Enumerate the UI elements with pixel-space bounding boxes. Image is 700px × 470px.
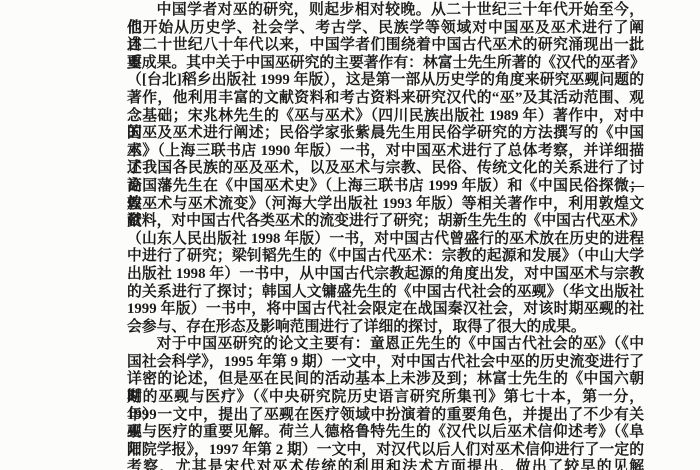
text-line-p1-17: 的关系进行了探讨；韩国人文镛盛先生的《中国古代社会的巫觋》（华文出版社: [127, 284, 644, 302]
text-line-p1-10: 了我国各民族的巫及巫术，以及巫术与宗教、民俗、传统文化的关系进行了讨论；: [127, 160, 644, 178]
text-line-p1-9: 术》（上海三联书店 1990 年版）一书，对中国巫术进行了总体考察，并详细描述: [127, 143, 644, 161]
text-line-p1-1: 中国学者对巫的研究，则起步相对较晚。从二十世纪三十年代开始至今，他: [127, 2, 644, 20]
text-line-p2-8: 考察，尤其是宋代对巫术传统的利用和法术方面提出，做出了较早的见解: [127, 459, 644, 470]
text-line-p2-5: 年）一文中，提出了巫觋在医疗领域中扮演着的重要角色，并提出了不少有关巫: [127, 407, 644, 425]
text-line-p2-6: 觋与医疗的重要见解。荷兰人德格鲁特先生的《汉代以后巫术信仰述考》（《阜阳: [127, 424, 644, 442]
text-line-p1-13: 资料，对中国古代各类巫术的流变进行了研究；胡新生先生的《中国古代巫术》: [127, 213, 644, 231]
text-line-p1-3: 自二十世纪八十年代以来，中国学者们围绕着中国古代巫术的研究涌现出一批重: [127, 37, 644, 55]
text-line-p1-5: （[台北]稻乡出版社 1999 年版），这是第一部从历史学的角度来研究巫觋问题的: [127, 72, 644, 90]
text-line-p1-15: 中进行了研究；梁钊韬先生的《中国古代巫术：宗教的起源和发展》（中山大学: [127, 248, 644, 266]
text-line-p1-14: （山东人民出版社 1998 年版）一书，对中国古代曾盛行的巫术放在历史的进程: [127, 231, 644, 249]
text-line-p2-4: 期的巫觋与医疗》（《中央研究院历史语言研究所集刊》第七十本，第一分，1999: [127, 389, 644, 407]
scanned-document-page: 中国学者对巫的研究，则起步相对较晚。从二十世纪三十年代开始至今，他们开始从历史学…: [0, 0, 700, 470]
text-line-p1-16: 出版社 1998 年）一书中，从中国古代宗教起源的角度出发，对中国巫术与宗教: [127, 266, 644, 284]
text-line-p1-2: 们开始从历史学、社会学、考古学、民族学等领域对中国巫及巫术进行了阐述。: [127, 20, 644, 38]
text-line-p2-3: 详密的论述，但是巫在民间的活动基本上未涉及到；林富士先生的《中国六朝时: [127, 371, 644, 389]
text-line-p1-4: 要成果。其中关于中国巫研究的主要著作有：林富士先生所著的《汉代的巫者》: [127, 55, 644, 73]
text-line-p1-12: 煌巫术与巫术流变》（河海大学出版社 1993 年版）等相关著作中，利用敦煌文献: [127, 196, 644, 214]
text-line-p1-18: 1999 年版）一书中，将中国古代社会限定在战国秦汉社会，对该时期巫觋的社: [127, 301, 644, 319]
text-line-p1-7: 念基础；宋兆林先生的《巫与巫术》（四川民族出版社 1989 年）著作中，对中国: [127, 108, 644, 126]
text-line-p1-8: 的巫及巫术进行阐述；民俗学家张紫晨先生用民俗学研究的方法撰写的《中国巫: [127, 125, 644, 143]
text-line-p1-11: 高国藩先生在《中国巫术史》（上海三联书店 1999 年版）和《中国民俗探微—敦: [127, 178, 644, 196]
text-line-p2-2: 国社会科学》，1995 年第 9 期）一文中，对中国古代社会中巫的历史流变进行了: [127, 354, 644, 372]
text-line-p1-6: 著作，他利用丰富的文献资料和考古资料来研究汉代的“巫”及其活动范围、观: [127, 90, 644, 108]
document-text: 中国学者对巫的研究，则起步相对较晚。从二十世纪三十年代开始至今，他们开始从历史学…: [127, 2, 644, 470]
text-line-p2-1: 对于中国巫研究的论文主要有：童恩正先生的《中国古代社会的巫》（《中: [127, 336, 644, 354]
text-line-p1-19: 会参与、存在形态及影响范围进行了详细的探讨，取得了很大的成果。: [127, 319, 644, 337]
text-line-p2-7: 师院学报》，1997 年第 2 期）一文中，对汉代以后人们对巫术信仰进行了一定的: [127, 442, 644, 460]
